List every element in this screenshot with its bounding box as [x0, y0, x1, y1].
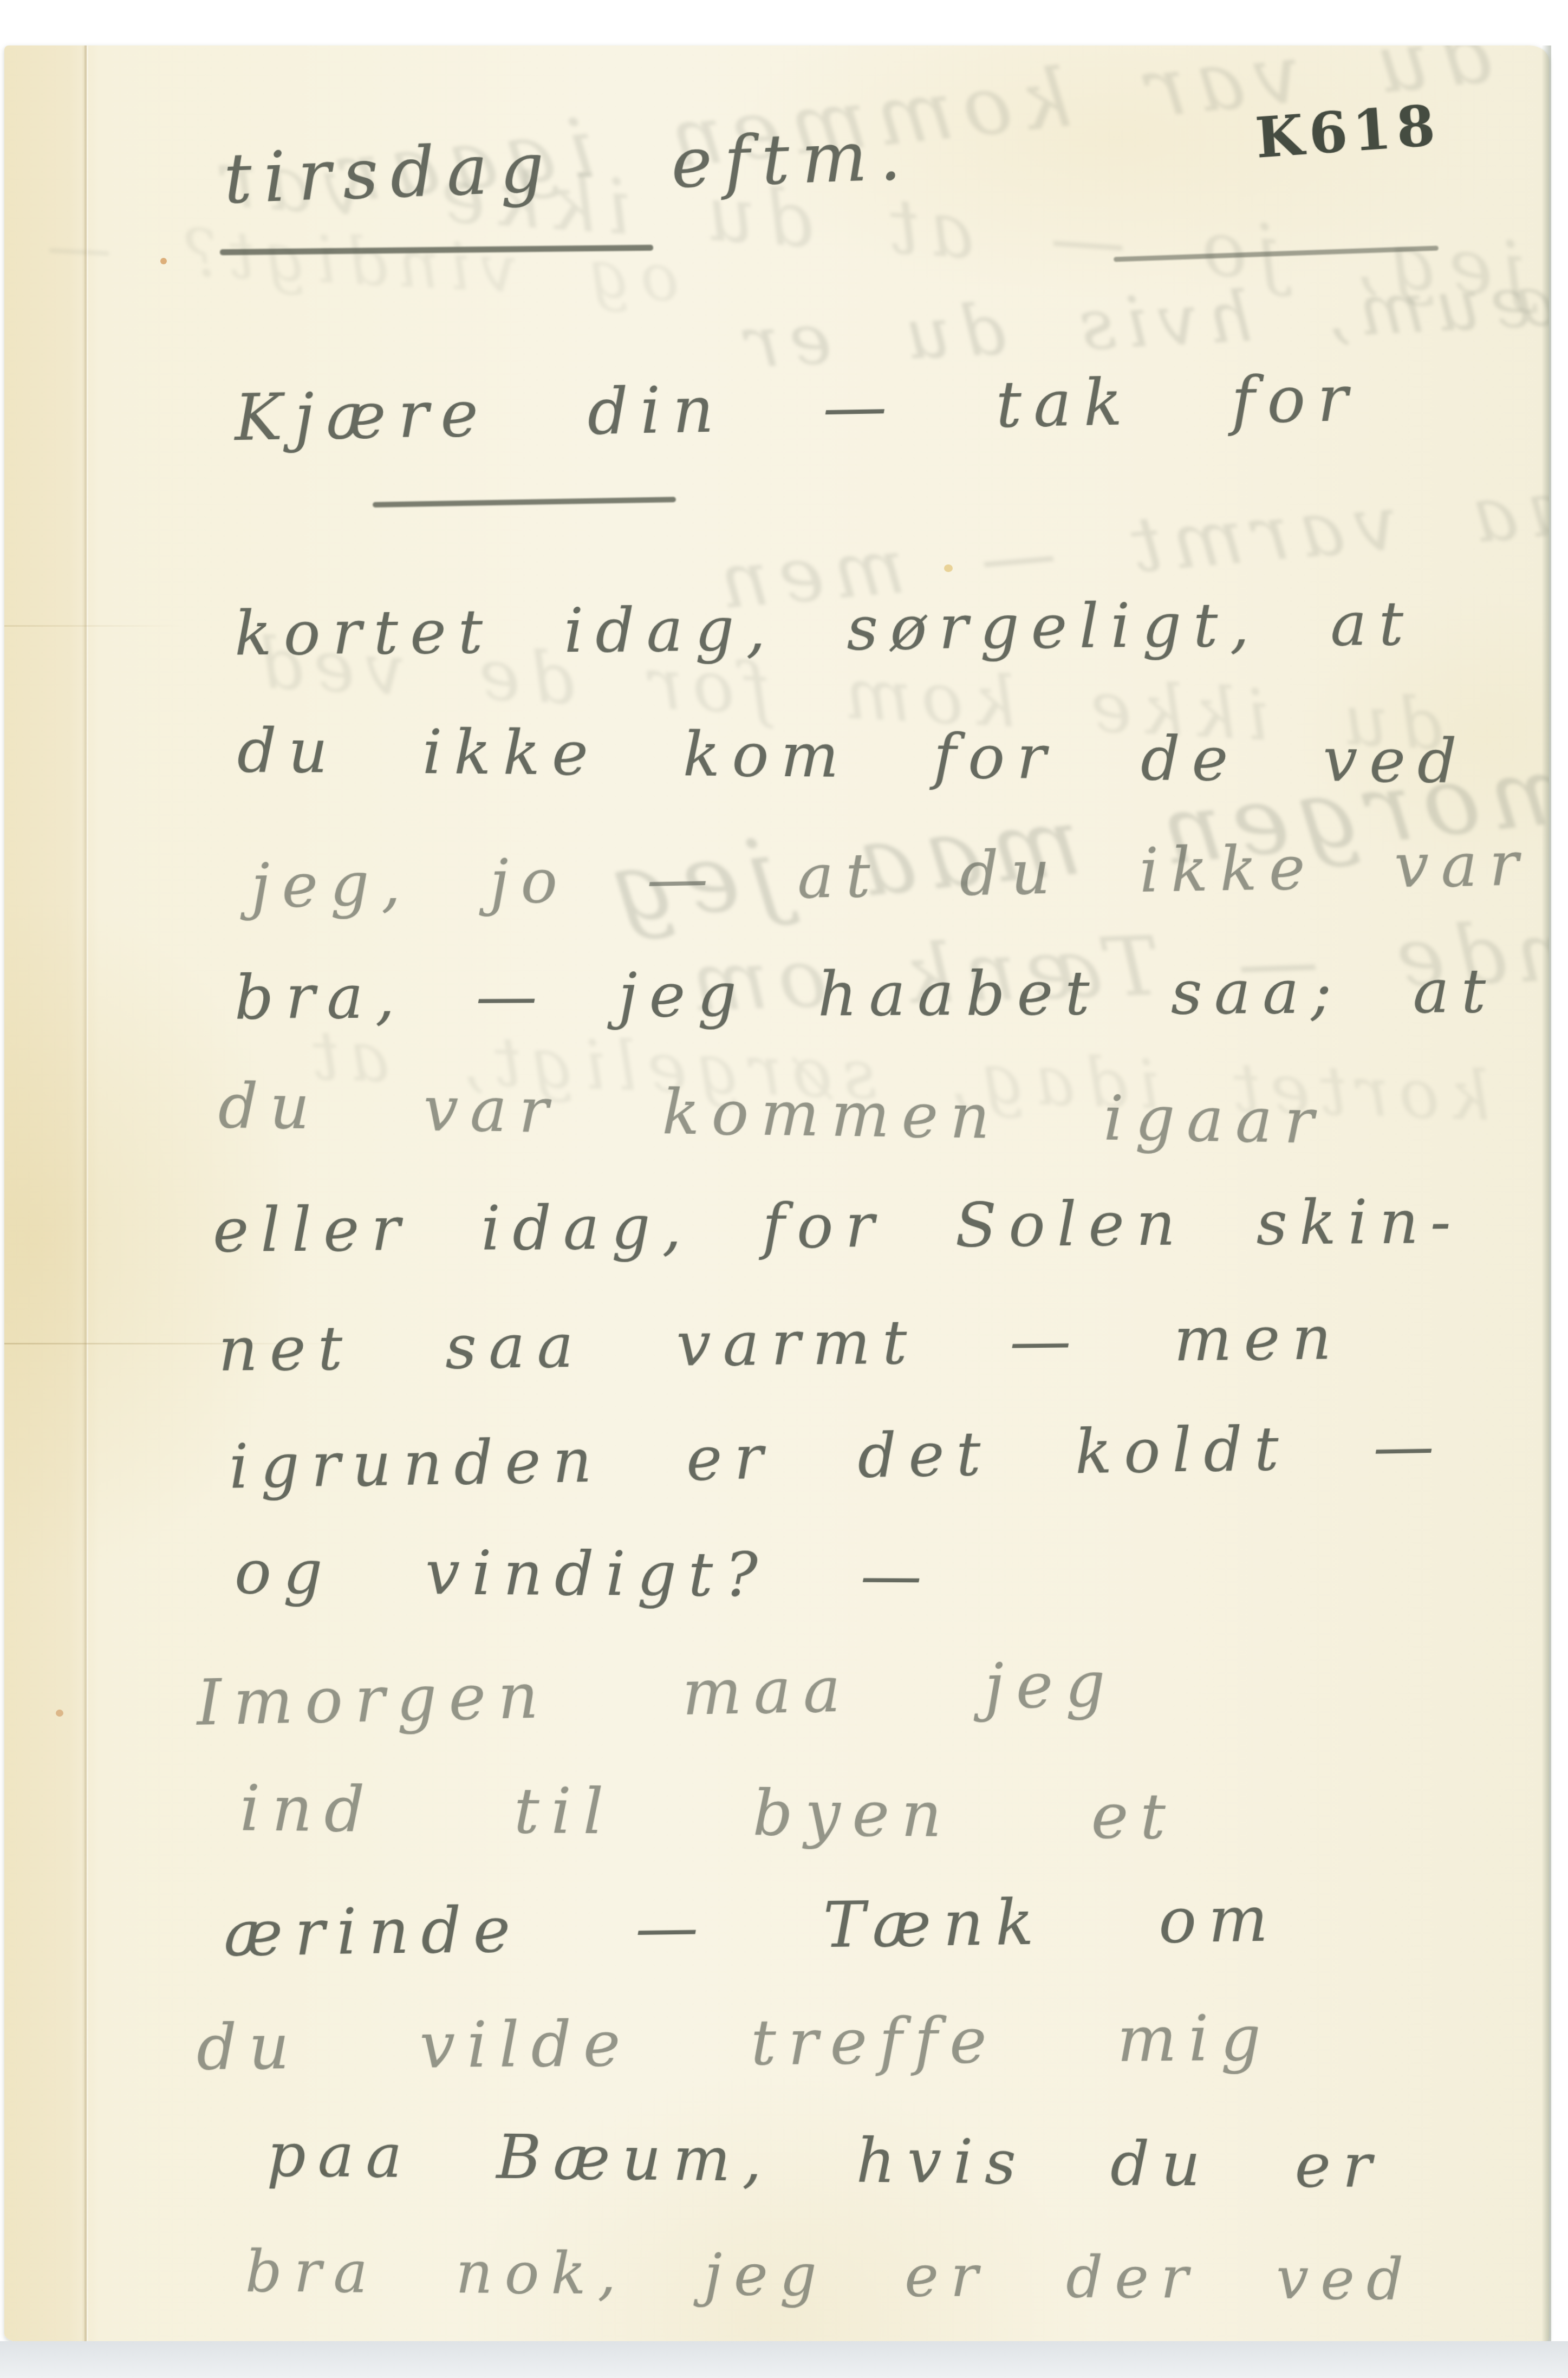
archive-mark: K618: [1253, 93, 1442, 171]
letter-line: du ikke kom for de ved: [237, 714, 1469, 797]
letter-line: Imorgen maa jeg: [196, 1647, 1118, 1740]
foxing-spot: [160, 258, 167, 264]
vertical-fold-crease: [84, 46, 87, 2344]
foxing-spot: [56, 1710, 63, 1717]
paper-edge-shadow: [1541, 46, 1551, 2344]
letter-line: bra nok, jeg er der ved: [245, 2238, 1416, 2312]
letter-line: kortet idag, sørgeligt, at: [234, 587, 1415, 669]
greeting-underline: [373, 497, 676, 508]
letter-line: ind til byen et: [239, 1772, 1177, 1853]
letter-line: net saa varmt — men: [218, 1302, 1343, 1385]
letter-line: jeg, jo — at du ikke var: [250, 828, 1531, 921]
horizontal-crease: [4, 625, 183, 627]
letter-line: ærinde — Tænk om: [223, 1882, 1280, 1970]
letter-line: eller idag, for Solen skin-: [213, 1187, 1463, 1266]
scanner-background: [0, 2341, 1568, 2378]
scanned-letter-page: du var kommen igaar jeg, jo — at du ikke…: [0, 0, 1568, 2378]
letter-line: bra, — jeg haabet saa; at: [235, 955, 1498, 1033]
letter-line: du var kommen igaar: [218, 1070, 1326, 1158]
letter-line: og vindigt? —: [235, 1536, 934, 1612]
letter-line: igrunden er det koldt —: [229, 1411, 1446, 1502]
letter-line: du vilde treffe mig: [196, 2002, 1273, 2084]
letter-line: paa Bæum, hvis du er: [266, 2120, 1384, 2202]
foxing-spot: [944, 564, 953, 572]
letter-paper: du var kommen igaar jeg, jo — at du ikke…: [4, 46, 1549, 2344]
letter-line: Kjære din — tak for: [234, 361, 1361, 455]
